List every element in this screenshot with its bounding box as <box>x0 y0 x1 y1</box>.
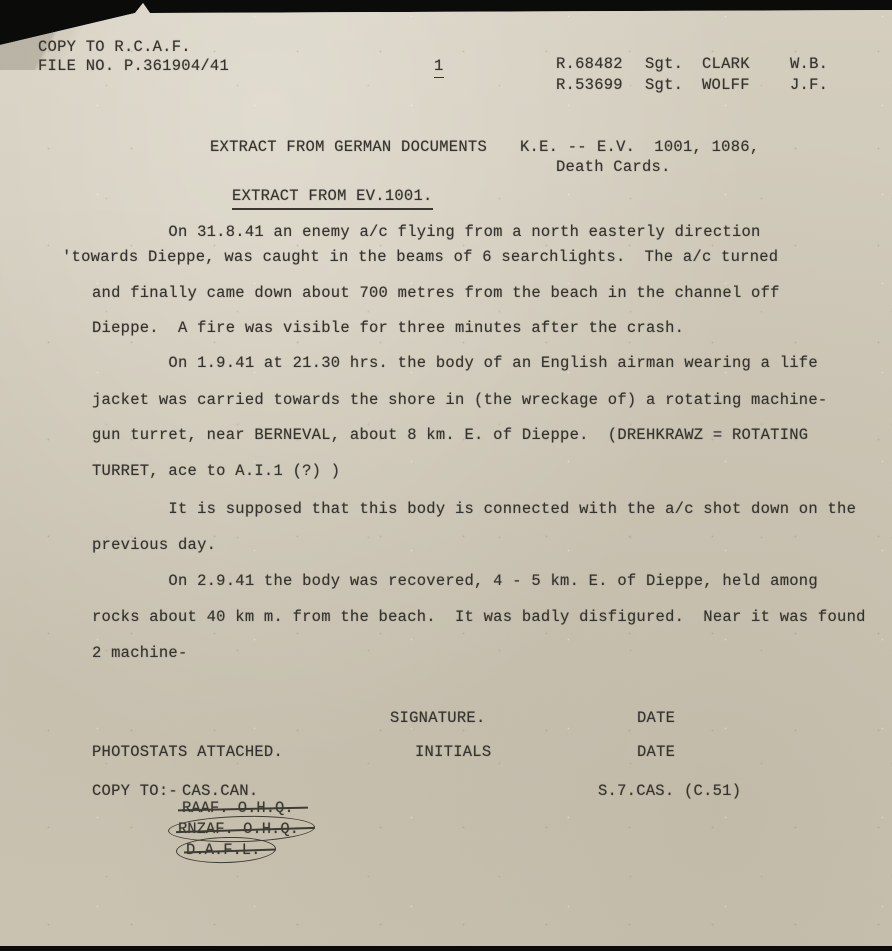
copy-to-recipient: CAS.CAN. <box>182 781 258 801</box>
initials: W.B. <box>790 54 828 74</box>
rank: Sgt. <box>645 54 702 74</box>
initials-label: INITIALS <box>415 742 491 762</box>
surname: CLARK <box>702 54 790 74</box>
date-label: DATE <box>637 742 675 762</box>
file-reference-right: S.7.CAS. (C.51) <box>598 781 741 801</box>
title-reference: K.E. -- <box>520 137 587 157</box>
service-number: R.53699 <box>556 75 645 95</box>
title-ev-numbers: E.V. 1001, 1086, <box>597 137 759 157</box>
body-line-6: jacket was carried towards the shore in … <box>92 390 827 410</box>
section-heading: EXTRACT FROM EV.1001. <box>232 186 433 210</box>
body-line-11: On 2.9.41 the body was recovered, 4 - 5 … <box>92 571 818 591</box>
initials: J.F. <box>790 75 828 95</box>
body-line-7: gun turret, near BERNEVAL, about 8 km. E… <box>92 425 808 445</box>
scan-background: { "colors": { "background": "#0b0b0a", "… <box>0 0 892 951</box>
personnel-row: R.53699 Sgt. WOLFF J.F. <box>556 75 828 95</box>
rank: Sgt. <box>645 75 702 95</box>
struck-recipient-raaf: RAAF. O.H.Q. <box>182 799 294 817</box>
signature-label: SIGNATURE. <box>390 708 486 728</box>
photostats-label: PHOTOSTATS ATTACHED. <box>92 742 283 762</box>
struck-recipient-dafl: D.A.F.L. <box>186 841 260 859</box>
document-paper: COPY TO R.C.A.F. FILE NO. P.361904/41 1 … <box>0 0 892 951</box>
struck-recipient-rnzaf: RNZAF. O.H.Q. <box>178 820 299 838</box>
copy-to-label: COPY TO:- <box>92 781 178 801</box>
surname: WOLFF <box>702 75 790 95</box>
copy-to-line: COPY TO R.C.A.F. <box>38 37 191 57</box>
document-title: EXTRACT FROM GERMAN DOCUMENTS <box>210 137 487 157</box>
page-number: 1 <box>434 56 444 78</box>
body-line-12: rocks about 40 km m. from the beach. It … <box>92 607 866 627</box>
body-line-8: TURRET, ace to A.I.1 (?) ) <box>92 461 340 481</box>
date-label: DATE <box>637 708 675 728</box>
title-subline: Death Cards. <box>556 157 671 177</box>
body-line-3: and finally came down about 700 metres f… <box>92 283 780 303</box>
body-line-13: 2 machine- <box>92 643 188 663</box>
file-number-line: FILE NO. P.361904/41 <box>38 56 229 76</box>
body-line-2: 'towards Dieppe, was caught in the beams… <box>62 247 778 267</box>
body-line-4: Dieppe. A fire was visible for three min… <box>92 318 684 338</box>
body-line-10: previous day. <box>92 535 216 555</box>
personnel-row: R.68482 Sgt. CLARK W.B. <box>556 54 828 74</box>
body-line-1: On 31.8.41 an enemy a/c flying from a no… <box>92 222 761 242</box>
body-line-9: It is supposed that this body is connect… <box>92 499 856 519</box>
service-number: R.68482 <box>556 54 645 74</box>
body-line-5: On 1.9.41 at 21.30 hrs. the body of an E… <box>92 353 818 373</box>
